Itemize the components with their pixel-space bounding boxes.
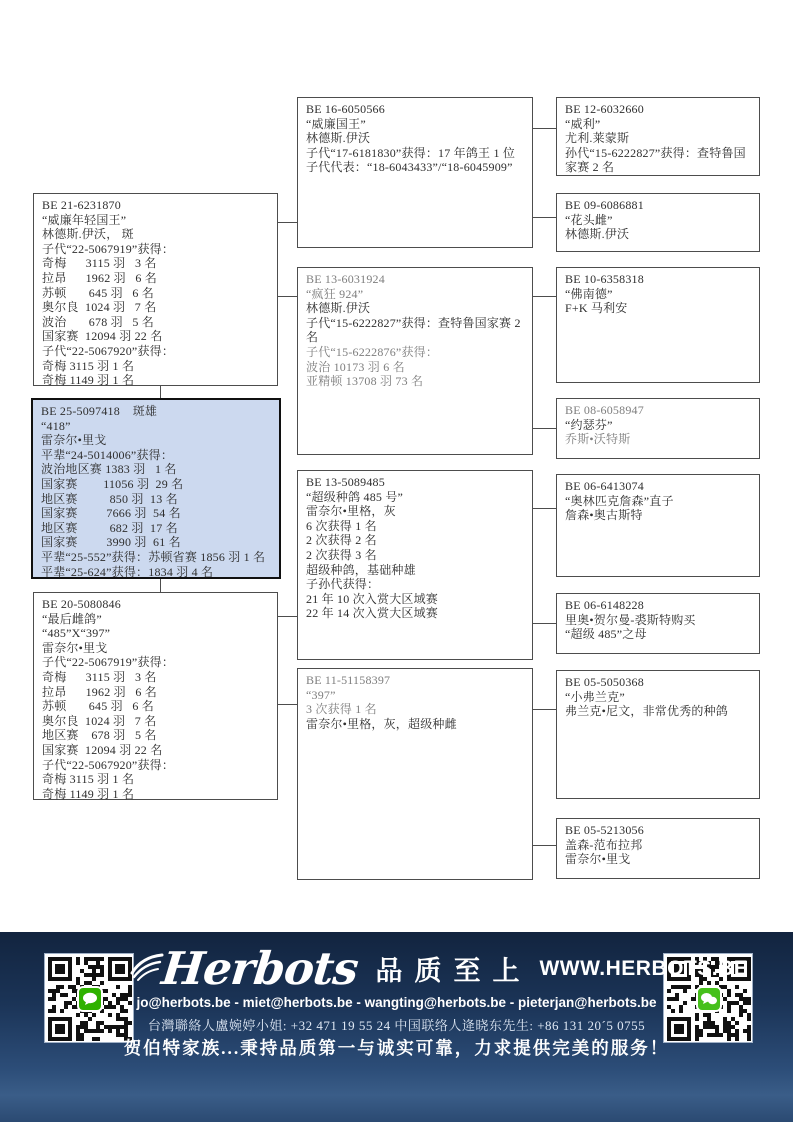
pedigree-line: BE 13-5089485: [306, 475, 526, 490]
pedigree-line: 21 年 10 次入赏大区域赛: [306, 592, 526, 607]
pedigree-box: BE 05-5213056盖森-范布拉邦雷奈尔•里戈: [556, 818, 760, 879]
pedigree-line: 盖森-范布拉邦: [565, 838, 753, 853]
pedigree-connector-line: [160, 386, 161, 398]
pedigree-box: BE 06-6413074“奥林匹克詹森”直子詹森•奥古斯特: [556, 474, 760, 577]
pedigree-box: BE 05-5050368“小弗兰克”弗兰克•尼文，非常优秀的种鸽: [556, 670, 760, 799]
footer-banner: Herbots 品质至上 WWW.HERBOTS.BE jo@herbots.b…: [0, 932, 793, 1122]
pedigree-line: BE 12-6032660: [565, 102, 753, 117]
pedigree-line: “威利”: [565, 117, 753, 132]
pedigree-connector-line: [278, 616, 297, 617]
pedigree-line: BE 05-5050368: [565, 675, 753, 690]
pedigree-line: 奇梅 3115 羽 1 名: [42, 359, 271, 374]
pedigree-line: “佛南德”: [565, 287, 753, 302]
pedigree-line: 奥尔良 1024 羽 7 名: [42, 300, 271, 315]
double-bubble-glyph: [700, 992, 718, 1006]
pedigree-line: 地区赛 682 羽 17 名: [41, 521, 273, 536]
pedigree-line: 波治 678 羽 5 名: [42, 315, 271, 330]
pedigree-line: 平辈“25-552”获得：苏顿省赛 1856 羽 1 名: [41, 550, 273, 565]
pedigree-line: 子代“22-5067920”获得：: [42, 758, 271, 773]
pedigree-line: “超级 485”之母: [565, 627, 753, 642]
pedigree-line: BE 11-51158397: [306, 673, 526, 688]
pedigree-box: BE 10-6358318“佛南德”F+K 马利安: [556, 267, 760, 383]
pedigree-line: 2 次获得 3 名: [306, 548, 526, 563]
pedigree-box: BE 11-51158397“397”3 次获得 1 名雷奈尔•里格，灰，超级种…: [297, 668, 533, 880]
pedigree-line: “485”X“397”: [42, 626, 271, 641]
pedigree-connector-line: [278, 222, 297, 223]
pedigree-line: 地区赛 850 羽 13 名: [41, 492, 273, 507]
pedigree-line: 苏顿 645 羽 6 名: [42, 699, 271, 714]
pedigree-line: 苏顿 645 羽 6 名: [42, 286, 271, 301]
pedigree-line: “418”: [41, 419, 273, 434]
pedigree-box: BE 13-6031924“疯狂 924”林德斯.伊沃子代“15-6222827…: [297, 267, 533, 455]
contact-phone-line: 台灣聯絡人盧婉婷小姐: +32 471 19 55 24 中国联络人逄晓东先生:…: [130, 1015, 663, 1034]
pedigree-connector-line: [533, 296, 556, 297]
footer-logo-row: Herbots 品质至上 WWW.HERBOTS.BE: [130, 942, 663, 995]
pedigree-line: 里奥•贺尔曼-裘斯特购买: [565, 613, 753, 628]
pedigree-connector-line: [160, 579, 161, 592]
pedigree-line: 6 次获得 1 名: [306, 519, 526, 534]
pedigree-line: 雷奈尔•里格，灰: [306, 504, 526, 519]
qr-code-left: [44, 953, 134, 1043]
pedigree-line: 2 次获得 2 名: [306, 533, 526, 548]
pedigree-box: BE 09-6086881“花头雌”林德斯.伊沃: [556, 193, 760, 252]
pedigree-connector-line: [533, 709, 556, 710]
pedigree-line: F+K 马利安: [565, 301, 753, 316]
pedigree-line: BE 08-6058947: [565, 403, 753, 418]
pedigree-line: 平辈“24-5014006”获得：: [41, 448, 273, 463]
pedigree-line: 孙代“15-6222827”获得：查特鲁国家赛 2 名: [565, 146, 753, 175]
footer-tagline: 贺伯特家族...秉持品质第一与诚实可靠，力求提供完美的服务！: [100, 1035, 693, 1060]
pedigree-line: 3 次获得 1 名: [306, 702, 526, 717]
website-url: WWW.HERBOTS.BE: [539, 957, 748, 981]
pedigree-line: BE 06-6413074: [565, 479, 753, 494]
pedigree-line: “397”: [306, 688, 526, 703]
pedigree-line: 拉昂 1962 羽 6 名: [42, 271, 271, 286]
email-addresses: jo@herbots.be - miet@herbots.be - wangti…: [130, 995, 663, 1010]
pedigree-line: 子代“17-6181830”获得：17 年鸽王 1 位: [306, 146, 526, 161]
pedigree-box: BE 25-5097418 斑雄“418”雷奈尔•里戈平辈“24-5014006…: [31, 398, 281, 579]
pedigree-line: 子代“15-6222827”获得：查特鲁国家赛 2 名: [306, 316, 526, 345]
pedigree-line: BE 25-5097418 斑雄: [41, 404, 273, 419]
pedigree-page: BE 21-6231870“威廉年轻国王”林德斯.伊沃， 斑子代“22-5067…: [0, 0, 793, 1122]
line-icon: [77, 986, 103, 1012]
pedigree-line: “小弗兰克”: [565, 690, 753, 705]
pedigree-connector-line: [533, 128, 556, 129]
pedigree-line: “威廉国王”: [306, 117, 526, 132]
pedigree-line: 拉昂 1962 羽 6 名: [42, 685, 271, 700]
pedigree-line: BE 21-6231870: [42, 198, 271, 213]
slogan-chinese: 品质至上: [375, 949, 531, 988]
pedigree-line: 弗兰克•尼文，非常优秀的种鸽: [565, 704, 753, 719]
pedigree-connector-line: [278, 704, 297, 705]
pedigree-line: 林德斯.伊沃: [306, 131, 526, 146]
pedigree-line: BE 20-5080846: [42, 597, 271, 612]
pedigree-line: 亚精顿 13708 羽 73 名: [306, 374, 526, 389]
pedigree-line: 超级种鸽，基础种雄: [306, 563, 526, 578]
pedigree-line: BE 06-6148228: [565, 598, 753, 613]
pedigree-line: BE 16-6050566: [306, 102, 526, 117]
pedigree-line: 地区赛 678 羽 5 名: [42, 728, 271, 743]
pedigree-box: BE 16-6050566“威廉国王”林德斯.伊沃子代“17-6181830”获…: [297, 97, 533, 248]
wechat-icon: [696, 986, 722, 1012]
pedigree-line: 22 年 14 次入赏大区域赛: [306, 606, 526, 621]
pedigree-line: 奥尔良 1024 羽 7 名: [42, 714, 271, 729]
pedigree-line: 子代“22-5067919”获得：: [42, 242, 271, 257]
pedigree-line: 奇梅 1149 羽 1 名: [42, 373, 271, 388]
pedigree-line: 波治 10173 羽 6 名: [306, 360, 526, 375]
pedigree-line: 国家赛 7666 羽 54 名: [41, 506, 273, 521]
wing-icon: [130, 951, 164, 986]
pedigree-line: 国家赛 11056 羽 29 名: [41, 477, 273, 492]
pedigree-line: BE 13-6031924: [306, 272, 526, 287]
herbots-logo: Herbots: [159, 942, 360, 995]
pedigree-line: 雷奈尔•里戈: [41, 433, 273, 448]
pedigree-box: BE 12-6032660“威利”尤利.莱蒙斯孙代“15-6222827”获得：…: [556, 97, 760, 176]
speech-bubble-glyph: [82, 992, 98, 1006]
pedigree-line: 雷奈尔•里格，灰，超级种雌: [306, 717, 526, 732]
pedigree-line: 子代“22-5067919”获得：: [42, 655, 271, 670]
pedigree-line: “花头雌”: [565, 213, 753, 228]
pedigree-line: 国家赛 12094 羽 22 名: [42, 329, 271, 344]
pedigree-line: 乔斯•沃特斯: [565, 432, 753, 447]
pedigree-line: 国家赛 3990 羽 61 名: [41, 535, 273, 550]
pedigree-line: BE 10-6358318: [565, 272, 753, 287]
pedigree-line: 詹森•奥古斯特: [565, 508, 753, 523]
pedigree-line: 雷奈尔•里戈: [565, 852, 753, 867]
pedigree-connector-line: [533, 508, 556, 509]
pedigree-line: 波治地区赛 1383 羽 1 名: [41, 462, 273, 477]
pedigree-connector-line: [533, 428, 556, 429]
pedigree-box: BE 08-6058947“约瑟芬”乔斯•沃特斯: [556, 398, 760, 459]
pedigree-line: “最后雌鸽”: [42, 612, 271, 627]
pedigree-line: “疯狂 924”: [306, 287, 526, 302]
pedigree-line: 奇梅 1149 羽 1 名: [42, 787, 271, 802]
pedigree-line: “奥林匹克詹森”直子: [565, 494, 753, 509]
pedigree-line: 奇梅 3115 羽 1 名: [42, 772, 271, 787]
pedigree-line: 子孙代获得：: [306, 577, 526, 592]
pedigree-line: “约瑟芬”: [565, 418, 753, 433]
pedigree-connector-line: [533, 217, 556, 218]
pedigree-line: 国家赛 12094 羽 22 名: [42, 743, 271, 758]
pedigree-line: 奇梅 3115 羽 3 名: [42, 670, 271, 685]
pedigree-line: 平辈“25-624”获得：1834 羽 4 名: [41, 565, 273, 580]
pedigree-line: 奇梅 3115 羽 3 名: [42, 256, 271, 271]
pedigree-connector-line: [533, 845, 556, 846]
pedigree-line: “超级种鸽 485 号”: [306, 490, 526, 505]
pedigree-connector-line: [533, 623, 556, 624]
pedigree-line: BE 05-5213056: [565, 823, 753, 838]
pedigree-line: “威廉年轻国王”: [42, 213, 271, 228]
pedigree-line: 雷奈尔•里戈: [42, 641, 271, 656]
pedigree-line: 尤利.莱蒙斯: [565, 131, 753, 146]
pedigree-box: BE 21-6231870“威廉年轻国王”林德斯.伊沃， 斑子代“22-5067…: [33, 193, 278, 386]
pedigree-box: BE 13-5089485“超级种鸽 485 号”雷奈尔•里格，灰6 次获得 1…: [297, 470, 533, 660]
pedigree-line: 子代“15-6222876”获得：: [306, 345, 526, 360]
pedigree-box: BE 20-5080846“最后雌鸽”“485”X“397”雷奈尔•里戈子代“2…: [33, 592, 278, 800]
pedigree-line: 林德斯.伊沃， 斑: [42, 227, 271, 242]
pedigree-line: 子代“22-5067920”获得：: [42, 344, 271, 359]
pedigree-line: 林德斯.伊沃: [306, 301, 526, 316]
pedigree-line: BE 09-6086881: [565, 198, 753, 213]
pedigree-box: BE 06-6148228里奥•贺尔曼-裘斯特购买“超级 485”之母: [556, 593, 760, 654]
pedigree-line: 林德斯.伊沃: [565, 227, 753, 242]
pedigree-line: 子代代表：“18-6043433”/“18-6045909”: [306, 160, 526, 175]
pedigree-connector-line: [278, 296, 297, 297]
